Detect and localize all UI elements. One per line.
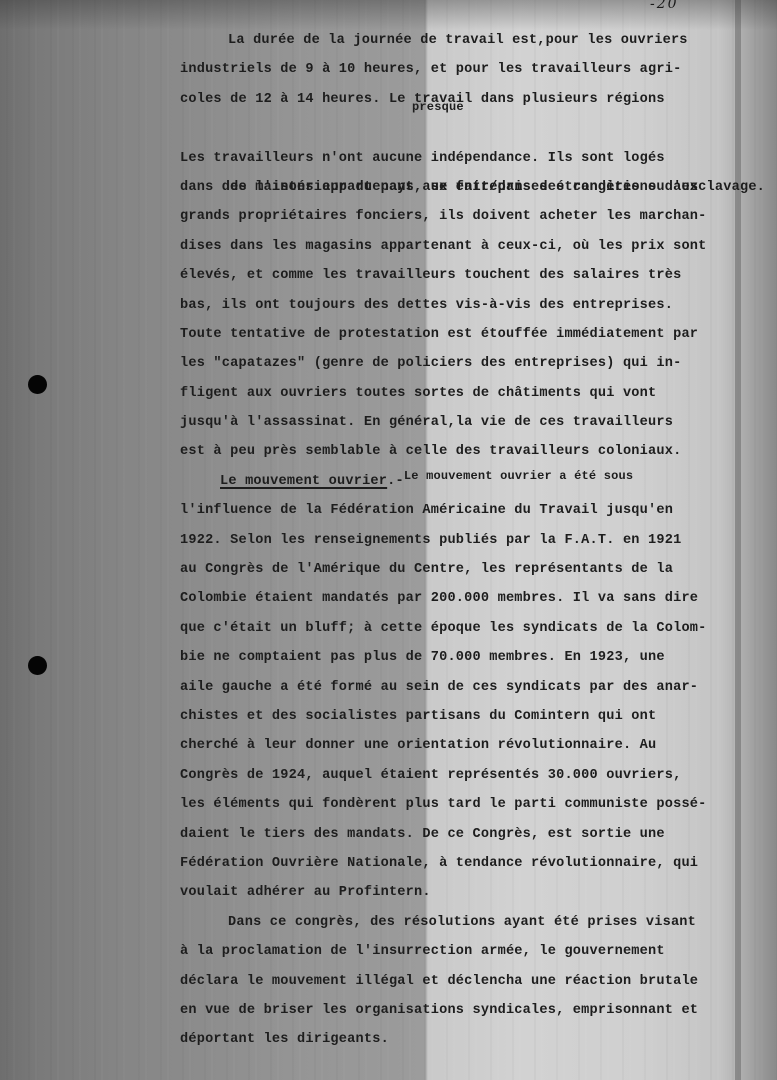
text-line: La durée de la journée de travail est,po… [180, 26, 740, 55]
text-line: l'influence de la Fédération Américaine … [180, 496, 740, 525]
text-line: daient le tiers des mandats. De ce Congr… [180, 820, 740, 849]
section-first-line: Le mouvement ouvrier.-Le mouvement ouvri… [180, 467, 740, 496]
section-heading: Le mouvement ouvrier [220, 474, 387, 489]
text-line: bas, ils ont toujours des dettes vis-à-v… [180, 291, 740, 320]
text-line: bie ne comptaient pas plus de 70.000 mem… [180, 643, 740, 672]
section-labour-movement: Le mouvement ouvrier.-Le mouvement ouvri… [180, 467, 740, 908]
interlinear-insert: presque [412, 100, 464, 114]
text-line: à la proclamation de l'insurrection armé… [180, 937, 740, 966]
text-line: déportant les dirigeants. [180, 1025, 740, 1054]
text-line: Congrès de 1924, auquel étaient représen… [180, 761, 740, 790]
text-line: voulait adhérer au Profintern. [180, 878, 740, 907]
heading-suffix: .- [387, 474, 404, 489]
text-line: dans des maisons appartenant aux entrepr… [180, 173, 740, 202]
text-line: Fédération Ouvrière Nationale, à tendanc… [180, 849, 740, 878]
paragraph-repression: Dans ce congrès, des résolutions ayant é… [180, 908, 740, 1055]
text-line: 1922. Selon les renseignements publiés p… [180, 526, 740, 555]
text-line: Le mouvement ouvrier a été sous [404, 469, 633, 483]
text-line: aile gauche a été formé au sein de ces s… [180, 673, 740, 702]
text-line: Toute tentative de protestation est étou… [180, 320, 740, 349]
text-line: dises dans les magasins appartenant à ce… [180, 232, 740, 261]
punch-hole-lower [28, 656, 47, 675]
text-line: déclara le mouvement illégal et déclench… [180, 967, 740, 996]
text-line: que c'était un bluff; à cette époque les… [180, 614, 740, 643]
text-line: jusqu'à l'assassinat. En général,la vie … [180, 408, 740, 437]
text-line: industriels de 9 à 10 heures, et pour le… [180, 55, 740, 84]
text-line: les "capatazes" (genre de policiers des … [180, 349, 740, 378]
text-line: au Congrès de l'Amérique du Centre, les … [180, 555, 740, 584]
text-line: chistes et des socialistes partisans du … [180, 702, 740, 731]
text-line: est à peu près semblable à celle des tra… [180, 437, 740, 466]
text-line-with-insert: presque de l'intérieur du pays, se fait/… [180, 114, 740, 143]
text-line: fligent aux ouvriers toutes sortes de ch… [180, 379, 740, 408]
paragraph-working-conditions: La durée de la journée de travail est,po… [180, 26, 740, 467]
text-line: élevés, et comme les travailleurs touche… [180, 261, 740, 290]
typewritten-text: La durée de la journée de travail est,po… [180, 26, 740, 1055]
text-line: les éléments qui fondèrent plus tard le … [180, 790, 740, 819]
text-line: cherché à leur donner une orientation ré… [180, 731, 740, 760]
text-line: Colombie étaient mandatés par 200.000 me… [180, 584, 740, 613]
text-line: en vue de briser les organisations syndi… [180, 996, 740, 1025]
text-line: Les travailleurs n'ont aucune indépendan… [180, 144, 740, 173]
text-line: grands propriétaires fonciers, ils doive… [180, 202, 740, 231]
punch-hole-upper [28, 375, 47, 394]
text-line: Dans ce congrès, des résolutions ayant é… [180, 908, 740, 937]
handwritten-page-number: -20 [650, 0, 679, 12]
